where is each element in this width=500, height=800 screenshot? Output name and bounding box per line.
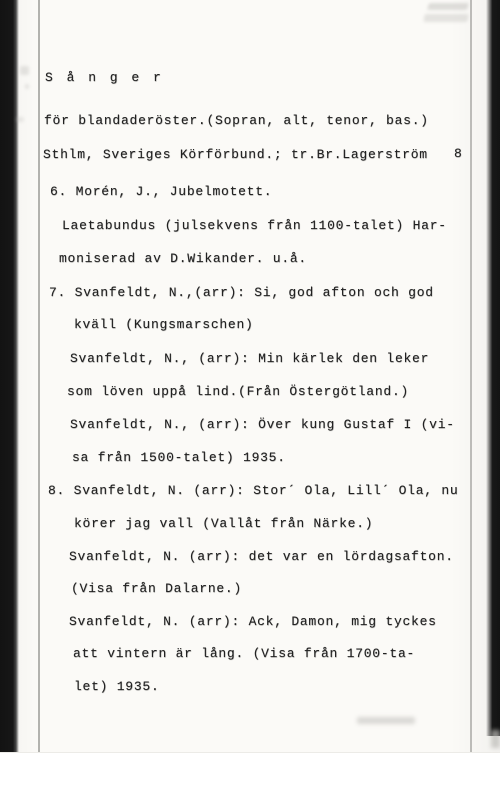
- card-margin-mark: 8: [454, 146, 463, 161]
- card-voices-line: för blandaderöster.(Sopran, alt, tenor, …: [44, 113, 429, 128]
- entry-7-line-2: kväll (Kungsmarschen): [74, 317, 254, 332]
- scan-edge-right: [486, 0, 500, 736]
- entry-7-line-6: sa från 1500-talet) 1935.: [72, 450, 286, 465]
- card-title: S å n g e r: [45, 70, 164, 85]
- entry-6-line-1: 6. Morén, J., Jubelmotett.: [50, 184, 272, 199]
- entry-8-line-4: (Visa från Dalarne.): [71, 581, 242, 596]
- scan-edge-left: [0, 0, 19, 752]
- pencil-mark: [427, 3, 468, 10]
- entry-7-line-1: 7. Svanfeldt, N.,(arr): Si, god afton oc…: [49, 285, 434, 300]
- pencil-mark: [16, 117, 24, 122]
- scan-edge-right-tail: [491, 730, 500, 748]
- entry-6-line-2: Laetabundus (julsekvens från 1100-talet)…: [62, 218, 447, 233]
- entry-7-line-5: Svanfeldt, N., (arr): Över kung Gustaf I…: [70, 417, 455, 432]
- card-imprint-line: Sthlm, Sveriges Körförbund.; tr.Br.Lager…: [43, 147, 428, 162]
- entry-7-line-4: som löven uppå lind.(Från Östergötland.): [67, 384, 409, 399]
- scanned-catalog-card-page: S å n g e r för blandaderöster.(Sopran, …: [0, 0, 500, 800]
- entry-7-line-3: Svanfeldt, N., (arr): Min kärlek den lek…: [70, 351, 429, 366]
- scan-smudge: [357, 717, 415, 724]
- entry-6-line-3: moniserad av D.Wikander. u.å.: [59, 251, 307, 266]
- entry-8-line-5: Svanfeldt, N. (arr): Ack, Damon, mig tyc…: [69, 614, 437, 629]
- pencil-mark: [25, 84, 29, 89]
- pencil-mark: [423, 14, 468, 22]
- entry-8-line-7: let) 1935.: [74, 679, 160, 694]
- entry-8-line-2: körer jag vall (Vallåt från Närke.): [74, 516, 373, 531]
- entry-8-line-6: att vintern är lång. (Visa från 1700-ta-: [73, 646, 415, 661]
- catalog-card: S å n g e r för blandaderöster.(Sopran, …: [0, 0, 500, 753]
- card-margin-rule-left: [38, 0, 40, 752]
- entry-8-line-3: Svanfeldt, N. (arr): det var en lördagsa…: [69, 549, 454, 564]
- entry-8-line-1: 8. Svanfeldt, N. (arr): Stor´ Ola, Lill´…: [48, 483, 458, 498]
- card-margin-rule-right: [470, 0, 472, 752]
- pencil-mark: [20, 66, 29, 75]
